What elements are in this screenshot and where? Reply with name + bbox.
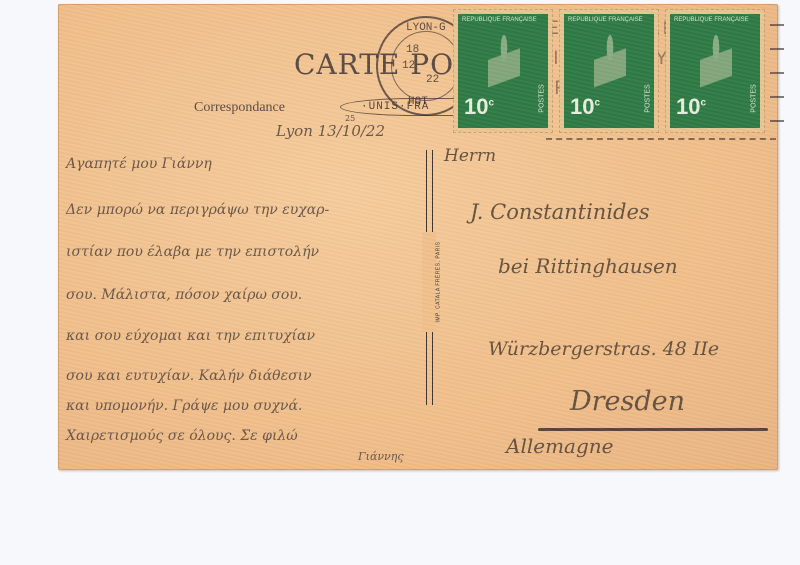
correspondence-label: Correspondance (194, 100, 285, 116)
stamp-value: 10c (676, 94, 706, 120)
address-name: J. Constantinides (470, 200, 650, 224)
postmark-city: LYON-G (406, 22, 446, 34)
cancel-bars (770, 24, 784, 134)
stamp-label: POSTES (750, 84, 757, 112)
address-care-of: bei Rittinghausen (498, 254, 678, 278)
message-line: Χαιρετισμούς σε όλους. Σε φιλώ (66, 428, 298, 444)
dateline: Lyon 13/10/22 (276, 122, 385, 140)
message-line: Δεν μπορώ να περιγράψω την ευχαρ- (66, 202, 329, 218)
signature: Γιάννης (358, 450, 404, 463)
stamp-value: 10c (570, 94, 600, 120)
postmark-day: 12 (402, 60, 415, 72)
stamp-value: 10c (464, 94, 494, 120)
stamp: REPUBLIQUE FRANÇAISE 10c POSTES (560, 10, 658, 132)
printer-imprint: IMP. CATALA FRÈRES, PARIS (436, 241, 442, 322)
address-country: Allemagne (506, 434, 613, 458)
stamp-label: POSTES (538, 84, 545, 112)
postmark-hour: 18 (406, 44, 419, 56)
address-street: Würzbergerstras. 48 IIe (488, 338, 719, 360)
stamp: REPUBLIQUE FRANÇAISE 10c POSTES (454, 10, 552, 132)
address-salutation: Herrn (444, 146, 496, 166)
message-line: σου και ευτυχίαν. Καλήν διάθεσιν (66, 368, 312, 384)
message-line: και υπομονήν. Γράψε μου συχνά. (66, 398, 302, 414)
cancel-baseline (546, 138, 776, 142)
stamp-country: REPUBLIQUE FRANÇAISE (674, 17, 749, 23)
address-city: Dresden (570, 386, 685, 417)
postcard: CARTE PO Correspondance 25 LYON-G 18 12 … (58, 4, 778, 470)
city-underline (538, 428, 768, 431)
message-line: ιστίαν που έλαβα με την επιστολήν (66, 244, 319, 260)
stamp-strip: REPUBLIQUE FRANÇAISE 10c POSTES REPUBLIQ… (454, 10, 764, 132)
stamp-country: REPUBLIQUE FRANÇAISE (568, 17, 643, 23)
stamp-label: POSTES (644, 84, 651, 112)
stamp-country: REPUBLIQUE FRANÇAISE (462, 17, 537, 23)
message-line: Αγαπητέ μου Γιάννη (66, 156, 212, 172)
stamp: REPUBLIQUE FRANÇAISE 10c POSTES (666, 10, 764, 132)
message-line: σου. Μάλιστα, πόσον χαίρω σου. (66, 287, 302, 303)
message-line: και σου εύχομαι και την επιτυχίαν (66, 328, 315, 344)
postmark-year: 22 (426, 74, 439, 86)
